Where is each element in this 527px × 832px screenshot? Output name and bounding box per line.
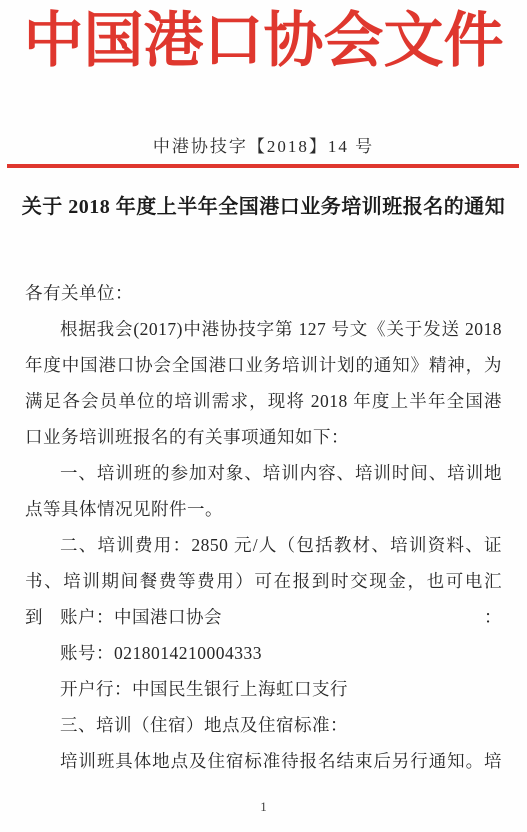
doc-reference-number: 中港协技字【2018】14 号 bbox=[0, 136, 527, 158]
text-line: 培训班具体地点及住宿标准待报名结束后另行通知。培 bbox=[25, 743, 502, 779]
notice-title: 关于 2018 年度上半年全国港口业务培训班报名的通知 bbox=[0, 194, 527, 220]
text-line: 根据我会(2017)中港协技字第 127 号文《关于发送 2018 bbox=[25, 311, 502, 347]
org-letterhead-title: 中国港口协会文件 bbox=[0, 0, 527, 76]
red-divider-line bbox=[7, 164, 519, 168]
text-line: 三、培训（住宿）地点及住宿标准： bbox=[25, 707, 502, 743]
text-line: 满足各会员单位的培训需求，现将 2018 年度上半年全国港 bbox=[25, 383, 502, 419]
text-line: 点等具体情况见附件一。 bbox=[25, 491, 502, 527]
page-number: 1 bbox=[0, 799, 527, 815]
text-line: 开户行：中国民生银行上海虹口支行 bbox=[25, 671, 502, 707]
text-line: 二、培训费用：2850 元/人（包括教材、培训资料、证 bbox=[25, 527, 502, 563]
text-line: 一、培训班的参加对象、培训内容、培训时间、培训地 bbox=[25, 455, 502, 491]
text-line: 口业务培训班报名的有关事项通知如下： bbox=[25, 419, 502, 455]
text-line: 账号：0218014210004333 bbox=[25, 635, 502, 671]
text-line: 书、培训期间餐费等费用）可在报到时交现金，也可电汇到： bbox=[25, 563, 502, 599]
text-line: 年度中国港口协会全国港口业务培训计划的通知》精神，为 bbox=[25, 347, 502, 383]
document-body: 各有关单位：根据我会(2017)中港协技字第 127 号文《关于发送 2018年… bbox=[25, 275, 502, 779]
document-page: 中国港口协会文件 中港协技字【2018】14 号 关于 2018 年度上半年全国… bbox=[0, 0, 527, 832]
text-line: 各有关单位： bbox=[25, 275, 502, 311]
